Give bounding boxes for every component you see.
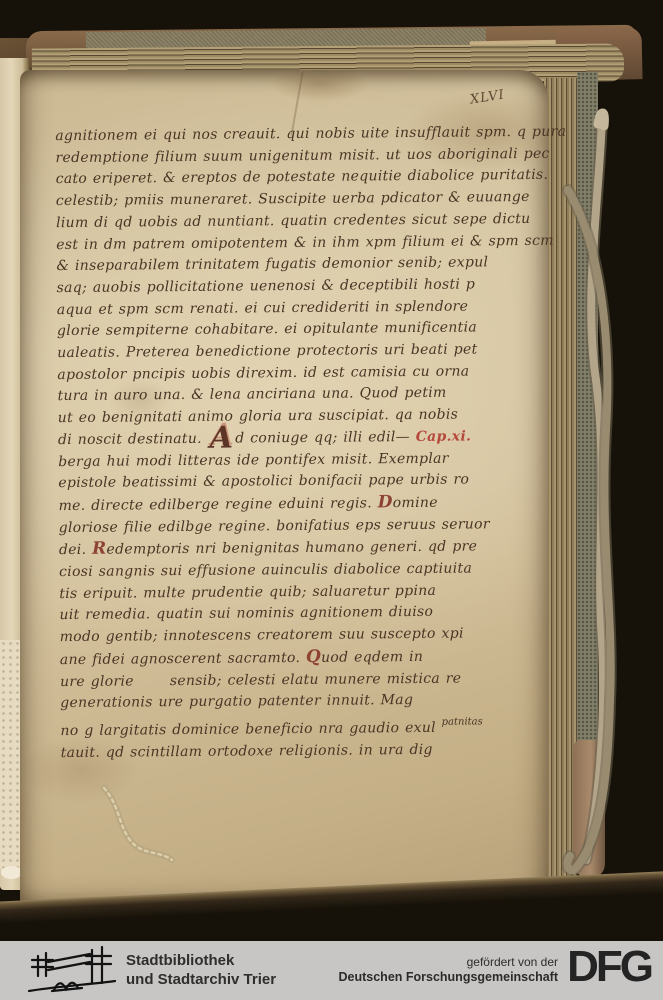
dfg-logo: DFG	[567, 942, 651, 992]
library-name: Stadtbibliothek und Stadtarchiv Trier	[126, 951, 276, 989]
manuscript-line: epistole beatissimi & apostolici bonifac…	[58, 469, 540, 495]
manuscript-line: no g largitatis dominice beneficio nra g…	[60, 711, 542, 743]
text-segment-plain: uit remedia. quatin sui nominis agnition…	[59, 604, 433, 623]
text-segment-plain: edemptoris nri benignitas humano generi.…	[106, 539, 477, 558]
text-segment-plain: cato eriperet. & ereptos de potestate ne…	[56, 167, 549, 187]
text-segment-plain: redemptione filium suum unigenitum misit…	[55, 146, 549, 166]
manuscript-text: agnitionem ei qui nos creauit. qui nobis…	[55, 122, 543, 765]
funding-line2: Deutschen Forschungsgemeinschaft	[339, 970, 559, 985]
text-segment-plain: ualeatis. Preterea benedictione protecto…	[57, 341, 477, 361]
text-segment-plain: glorie sempiterne cohabitare. ei opitula…	[57, 320, 477, 340]
text-segment-sup: patnitas	[442, 716, 483, 727]
parchment-stitch-repair	[92, 782, 212, 877]
text-segment-cap: Q	[306, 647, 321, 667]
bookmark-ribbon	[540, 90, 663, 890]
funding-credit: gefördert von der Deutschen Forschungsge…	[339, 955, 559, 985]
library-name-line2: und Stadtarchiv Trier	[126, 970, 276, 989]
text-segment-plain: dei.	[59, 542, 92, 558]
parchment-curl	[1, 866, 22, 879]
text-segment-plain: gloriose filie edilbge regine. bonifatiu…	[59, 516, 490, 536]
text-segment-plain: uod eqdem in	[321, 649, 423, 666]
text-segment-plain: omine	[393, 495, 438, 511]
text-segment-cap: D	[378, 492, 393, 512]
text-segment-plain: ut eo benignitati animo gloria ura susci…	[58, 407, 458, 426]
text-segment-plain: ane fidei agnoscerent sacramto.	[60, 650, 306, 668]
text-segment-plain: epistole beatissimi & apostolici bonifac…	[58, 472, 469, 492]
funding-line1: gefördert von der	[339, 955, 559, 970]
text-segment-plain: agnitionem ei qui nos creauit. qui nobis…	[55, 124, 566, 144]
text-segment-plain: tis eripuit. multe prudentie quib; salua…	[59, 583, 436, 602]
text-segment-plain: ciosi sangnis sui effusione auinculis di…	[59, 561, 472, 581]
digitized-manuscript-photo: XLVI agnitionem ei qui nos creauit. qui …	[0, 0, 663, 1000]
manuscript-line: tauit. qd scintillam ortodoxe religionis…	[61, 739, 543, 765]
trier-bridge-logo-icon	[26, 944, 118, 996]
text-segment-plain: & inseparabilem trinitatem fugatis demon…	[56, 255, 488, 275]
text-segment-plain: ure glorie	[60, 673, 134, 690]
text-segment-plain: me. directe edilberge regine eduini regi…	[58, 495, 377, 514]
text-segment-red: Cap.xi.	[416, 428, 472, 444]
text-segment-plain: berga hui modi litteras ide pontifex mis…	[58, 450, 449, 469]
text-segment-plain: no g largitatis dominice beneficio nra g…	[60, 720, 441, 739]
text-segment-plain: est in dm patrem omipotentem & in ihm xp…	[56, 232, 554, 252]
text-segment-plain: modo gentib; innotescens creatorem suu s…	[60, 626, 464, 646]
library-banner: Stadtbibliothek und Stadtarchiv Trier ge…	[0, 941, 663, 1000]
text-segment-plain: generationis ure purgatio patenter innui…	[60, 692, 413, 711]
text-segment-plain: aqua et spm scm renati. ei cui credideri…	[57, 298, 469, 318]
text-segment-plain: lium di qd uobis ad nuntiant. quatin cre…	[56, 211, 531, 231]
library-name-line1: Stadtbibliothek	[126, 951, 276, 970]
text-segment-plain: d coniuge qq; illi edil—	[235, 429, 416, 447]
text-segment-plain: apostolor pncipis uobis direxim. id est …	[57, 363, 469, 383]
text-segment-cap: R	[92, 539, 107, 559]
text-segment-plain: sensib; celesti elatu munere mistica re	[170, 670, 462, 689]
text-segment-plain: celestib; pmiis muneraret. Suscipite uer…	[56, 189, 530, 209]
text-segment-plain: saq; auobis pollicitatione uenenosi & de…	[57, 276, 476, 296]
manuscript-line: ciosi sangnis sui effusione auinculis di…	[59, 558, 541, 584]
text-segment-plain: di noscit destinatu.	[58, 431, 208, 448]
text-segment-plain: tauit. qd scintillam ortodoxe religionis…	[61, 742, 433, 761]
text-segment-plain: tura in auro una. & lena anciriana una. …	[58, 385, 447, 404]
manuscript-line: di noscit destinatu. Ad coniuge qq; illi…	[58, 426, 540, 452]
